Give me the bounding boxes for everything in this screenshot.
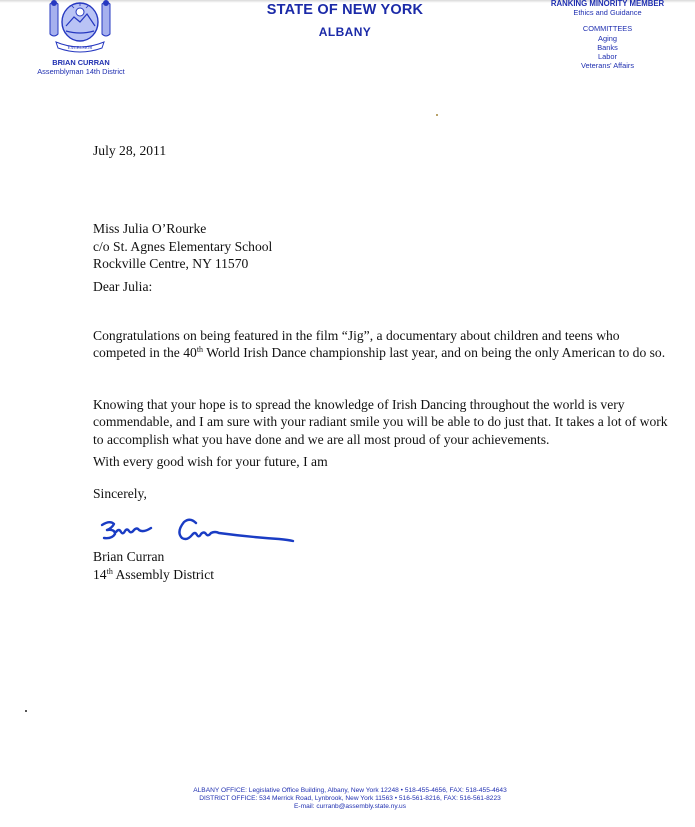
para1-text-b: World Irish Dance championship last year… — [203, 345, 665, 360]
letter-date: July 28, 2011 — [93, 143, 166, 159]
footer-albany-office: ALBANY OFFICE: Legislative Office Buildi… — [140, 787, 560, 795]
letterhead-footer: ALBANY OFFICE: Legislative Office Buildi… — [140, 787, 560, 812]
committee-item: Veterans' Affairs — [520, 61, 695, 70]
scan-speck — [25, 710, 27, 712]
paragraph-congratulations: Congratulations on being featured in the… — [93, 327, 673, 362]
district-text: Assembly District — [113, 567, 214, 582]
sign-off: Sincerely, — [93, 486, 147, 502]
assemblyman-info: BRIAN CURRAN Assemblyman 14th District — [18, 58, 144, 76]
city-name: ALBANY — [230, 25, 460, 39]
footer-email: E-mail: curranb@assembly.state.ny.us — [140, 803, 560, 811]
footer-district-office: DISTRICT OFFICE: 534 Merrick Road, Lynbr… — [140, 795, 560, 803]
assemblyman-title: Assemblyman 14th District — [18, 67, 144, 76]
signer-district: 14th Assembly District — [93, 566, 214, 584]
rank-title: RANKING MINORITY MEMBER — [520, 0, 695, 8]
committee-info: RANKING MINORITY MEMBER Ethics and Guida… — [520, 0, 695, 70]
recipient-line2: c/o St. Agnes Elementary School — [93, 238, 272, 256]
committee-item: Aging — [520, 34, 695, 43]
salutation: Dear Julia: — [93, 279, 152, 295]
committee-item: Labor — [520, 52, 695, 61]
letterhead-title: STATE OF NEW YORK ALBANY — [230, 1, 460, 39]
recipient-line3: Rockville Centre, NY 11570 — [93, 255, 272, 273]
committees-heading: COMMITTEES — [520, 24, 695, 33]
signature-icon — [100, 515, 310, 549]
recipient-address: Miss Julia O’Rourke c/o St. Agnes Elemen… — [93, 220, 272, 273]
signer-block: Brian Curran 14th Assembly District — [93, 548, 214, 583]
closing-line: With every good wish for your future, I … — [93, 454, 328, 470]
signer-name: Brian Curran — [93, 548, 214, 566]
svg-text:EXCELSIOR: EXCELSIOR — [68, 45, 93, 50]
state-seal-icon: EXCELSIOR — [42, 0, 118, 56]
paragraph-commendation: Knowing that your hope is to spread the … — [93, 396, 673, 449]
rank-committee: Ethics and Guidance — [520, 8, 695, 17]
state-name: STATE OF NEW YORK — [230, 1, 460, 19]
assemblyman-name: BRIAN CURRAN — [18, 58, 144, 67]
committee-item: Banks — [520, 43, 695, 52]
recipient-name: Miss Julia O’Rourke — [93, 220, 272, 238]
scan-speck — [436, 114, 438, 116]
district-number: 14 — [93, 567, 107, 582]
